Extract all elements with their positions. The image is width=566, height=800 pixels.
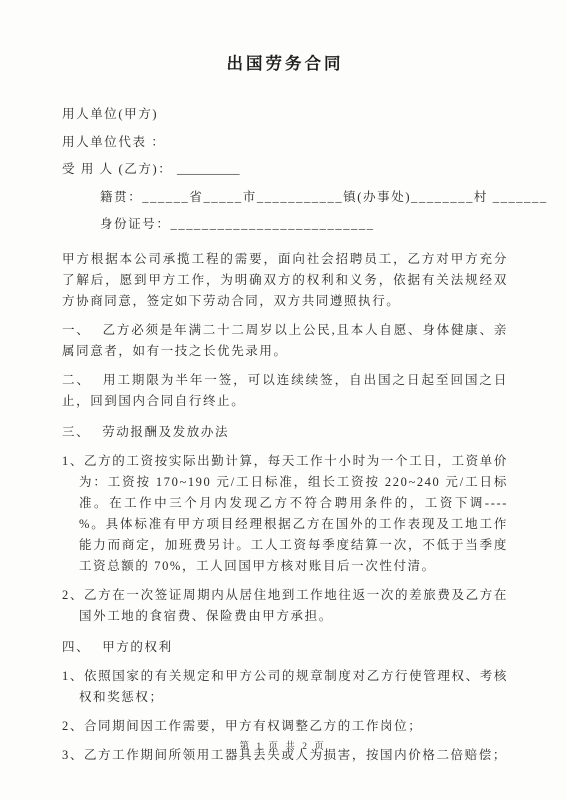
section-3-item-2: 2、乙方在一次签证周期内从居住地到工作地往返一次的差旅费及乙方在国外工地的食宿费… (62, 585, 508, 627)
section-3-item-1: 1、乙方的工资按实际出勤计算，每天工作十小时为一个工日，工资单价为：工资按 17… (62, 451, 508, 577)
section-3-number: 三、 (62, 425, 90, 439)
section-3-heading: 三、劳动报酬及发放办法 (62, 422, 508, 443)
section-3-item-1-text: 乙方的工资按实际出勤计算，每天工作十小时为一个工日，工资单价为：工资按 170~… (79, 454, 508, 573)
section-4-title: 甲方的权利 (102, 640, 173, 654)
header-fields: 用人单位(甲方) 用人单位代表 ： 受 用 人 (乙方)： __________… (62, 104, 508, 235)
field-employee-label: 受 用 人 (乙方)： (62, 162, 172, 176)
section-1-number: 一、 (62, 323, 91, 337)
section-4-item-2-text: 合同期间因工作需要，甲方有权调整乙方的工作岗位； (84, 719, 422, 733)
section-1-text: 乙方必须是年满二十二周岁以上公民,且本人自愿、身体健康、亲属同意者，如有一技之长… (62, 323, 508, 358)
field-id-number: 身份证号：__________________________ (62, 214, 508, 235)
section-1: 一、乙方必须是年满二十二周岁以上公民,且本人自愿、身体健康、亲属同意者，如有一技… (62, 320, 508, 362)
field-origin: 籍贯：______省_____市___________镇(办事处)_______… (62, 187, 508, 208)
field-employer: 用人单位(甲方) (62, 104, 508, 125)
section-3-item-2-number: 2、 (62, 588, 84, 602)
intro-paragraph: 甲方根据本公司承揽工程的需要，面向社会招聘员工，乙方对甲方充分了解后，愿到甲方工… (62, 249, 508, 312)
field-representative: 用人单位代表 ： (62, 132, 508, 153)
field-representative-label: 用人单位代表 ： (62, 135, 165, 149)
page-number-footer: 第 1 页 共 2 页 (0, 737, 566, 758)
contract-document-page: 出国劳务合同 用人单位(甲方) 用人单位代表 ： 受 用 人 (乙方)： ___… (0, 0, 566, 800)
section-2-text: 用工期限为半年一签，可以连续续签，自出国之日起至回国之日止，回到国内合同自行终止… (62, 373, 508, 408)
section-4-item-1-text: 依照国家的有关规定和甲方公司的规章制度对乙方行使管理权、考核权和奖惩权； (79, 669, 508, 704)
section-4-item-2-number: 2、 (62, 719, 84, 733)
document-title: 出国劳务合同 (62, 52, 508, 76)
field-id-number-label: 身份证号：__________________________ (100, 217, 375, 231)
section-4-number: 四、 (62, 640, 90, 654)
section-4-item-1: 1、依照国家的有关规定和甲方公司的规章制度对乙方行使管理权、考核权和奖惩权； (62, 666, 508, 708)
section-4-item-2: 2、合同期间因工作需要，甲方有权调整乙方的工作岗位； (62, 716, 508, 737)
section-2-number: 二、 (62, 373, 91, 387)
field-employer-label: 用人单位(甲方) (62, 107, 158, 121)
field-origin-label: 籍贯：______省_____市___________镇(办事处)_______… (100, 190, 548, 204)
employee-name-blank: __________ (177, 162, 240, 176)
field-employee: 受 用 人 (乙方)： __________ (62, 159, 508, 180)
section-3-item-2-text: 乙方在一次签证周期内从居住地到工作地往返一次的差旅费及乙方在国外工地的食宿费、保… (79, 588, 508, 623)
section-2: 二、用工期限为半年一签，可以连续续签，自出国之日起至回国之日止，回到国内合同自行… (62, 370, 508, 412)
section-4-item-1-number: 1、 (62, 669, 84, 683)
section-3-title: 劳动报酬及发放办法 (102, 425, 229, 439)
section-4-heading: 四、甲方的权利 (62, 637, 508, 658)
section-3-item-1-number: 1、 (62, 454, 84, 468)
